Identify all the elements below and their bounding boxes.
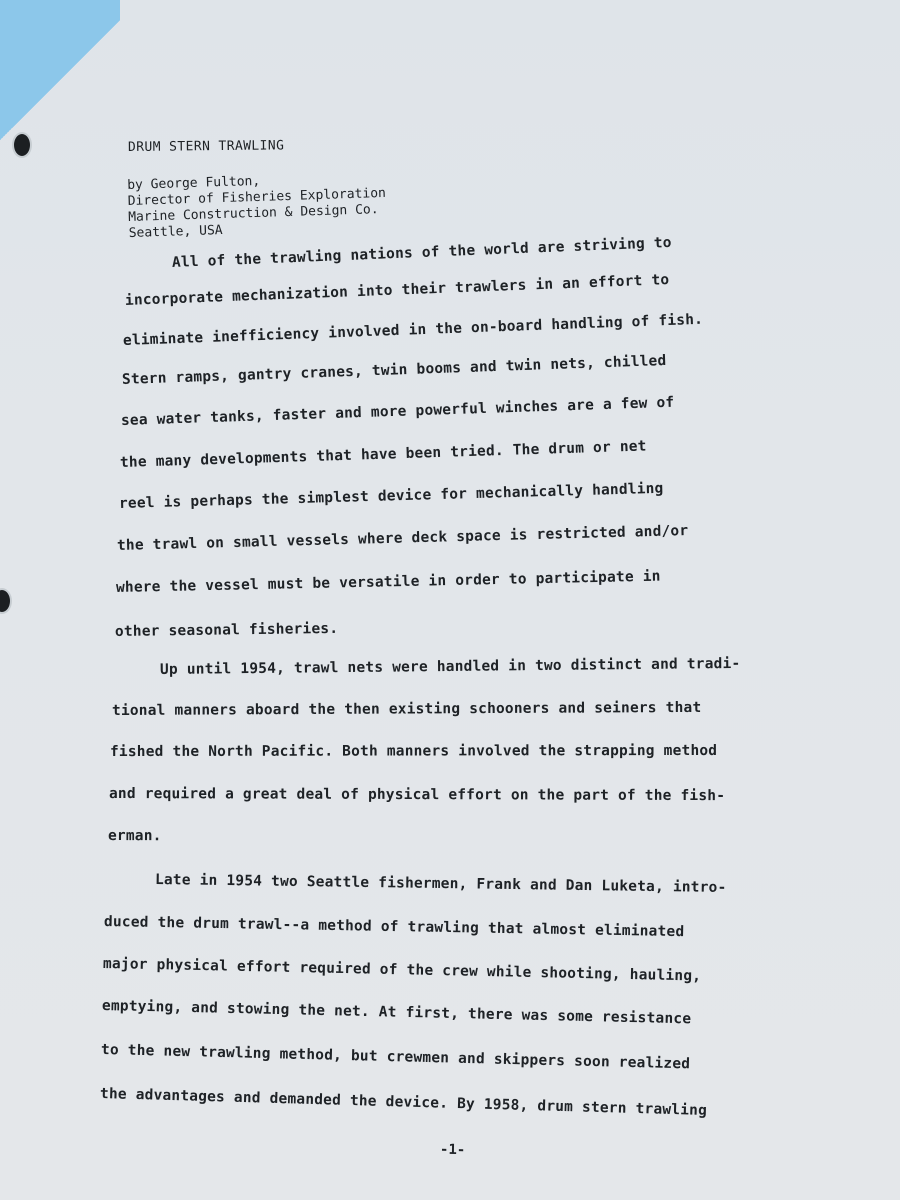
author-byline: by George Fulton, Director of Fisheries … — [127, 170, 387, 242]
text-line: fished the North Pacific. Both manners i… — [110, 743, 717, 760]
text-line: Stern ramps, gantry cranes, twin booms a… — [122, 353, 667, 388]
document-body: DRUM STERN TRAWLING by George Fulton, Di… — [0, 0, 900, 1200]
text-line: other seasonal fisheries. — [115, 621, 338, 640]
text-line: Late in 1954 two Seattle fishermen, Fran… — [155, 872, 727, 896]
text-line: erman. — [108, 828, 162, 844]
text-line: incorporate mechanization into their tra… — [125, 272, 670, 309]
text-line: the many developments that have been tri… — [120, 438, 647, 471]
text-line: emptying, and stowing the net. At first,… — [102, 998, 692, 1027]
text-line: where the vessel must be versatile in or… — [116, 569, 661, 596]
text-line: eliminate inefficiency involved in the o… — [123, 312, 704, 349]
text-line: the advantages and demanded the device. … — [100, 1086, 707, 1119]
text-line: duced the drum trawl--a method of trawli… — [104, 914, 685, 940]
text-line: Up until 1954, trawl nets were handled i… — [160, 656, 741, 678]
text-line: major physical effort required of the cr… — [103, 956, 702, 985]
text-line: All of the trawling nations of the world… — [172, 235, 672, 271]
text-line: the trawl on small vessels where deck sp… — [117, 523, 689, 554]
text-line: reel is perhaps the simplest device for … — [119, 481, 664, 512]
document-title: DRUM STERN TRAWLING — [128, 138, 284, 155]
text-line: tional manners aboard the then existing … — [112, 700, 701, 719]
text-line: to the new trawling method, but crewmen … — [101, 1042, 691, 1072]
text-line: and required a great deal of physical ef… — [109, 786, 725, 804]
page-number: -1- — [440, 1142, 466, 1158]
text-line: sea water tanks, faster and more powerfu… — [121, 395, 675, 429]
